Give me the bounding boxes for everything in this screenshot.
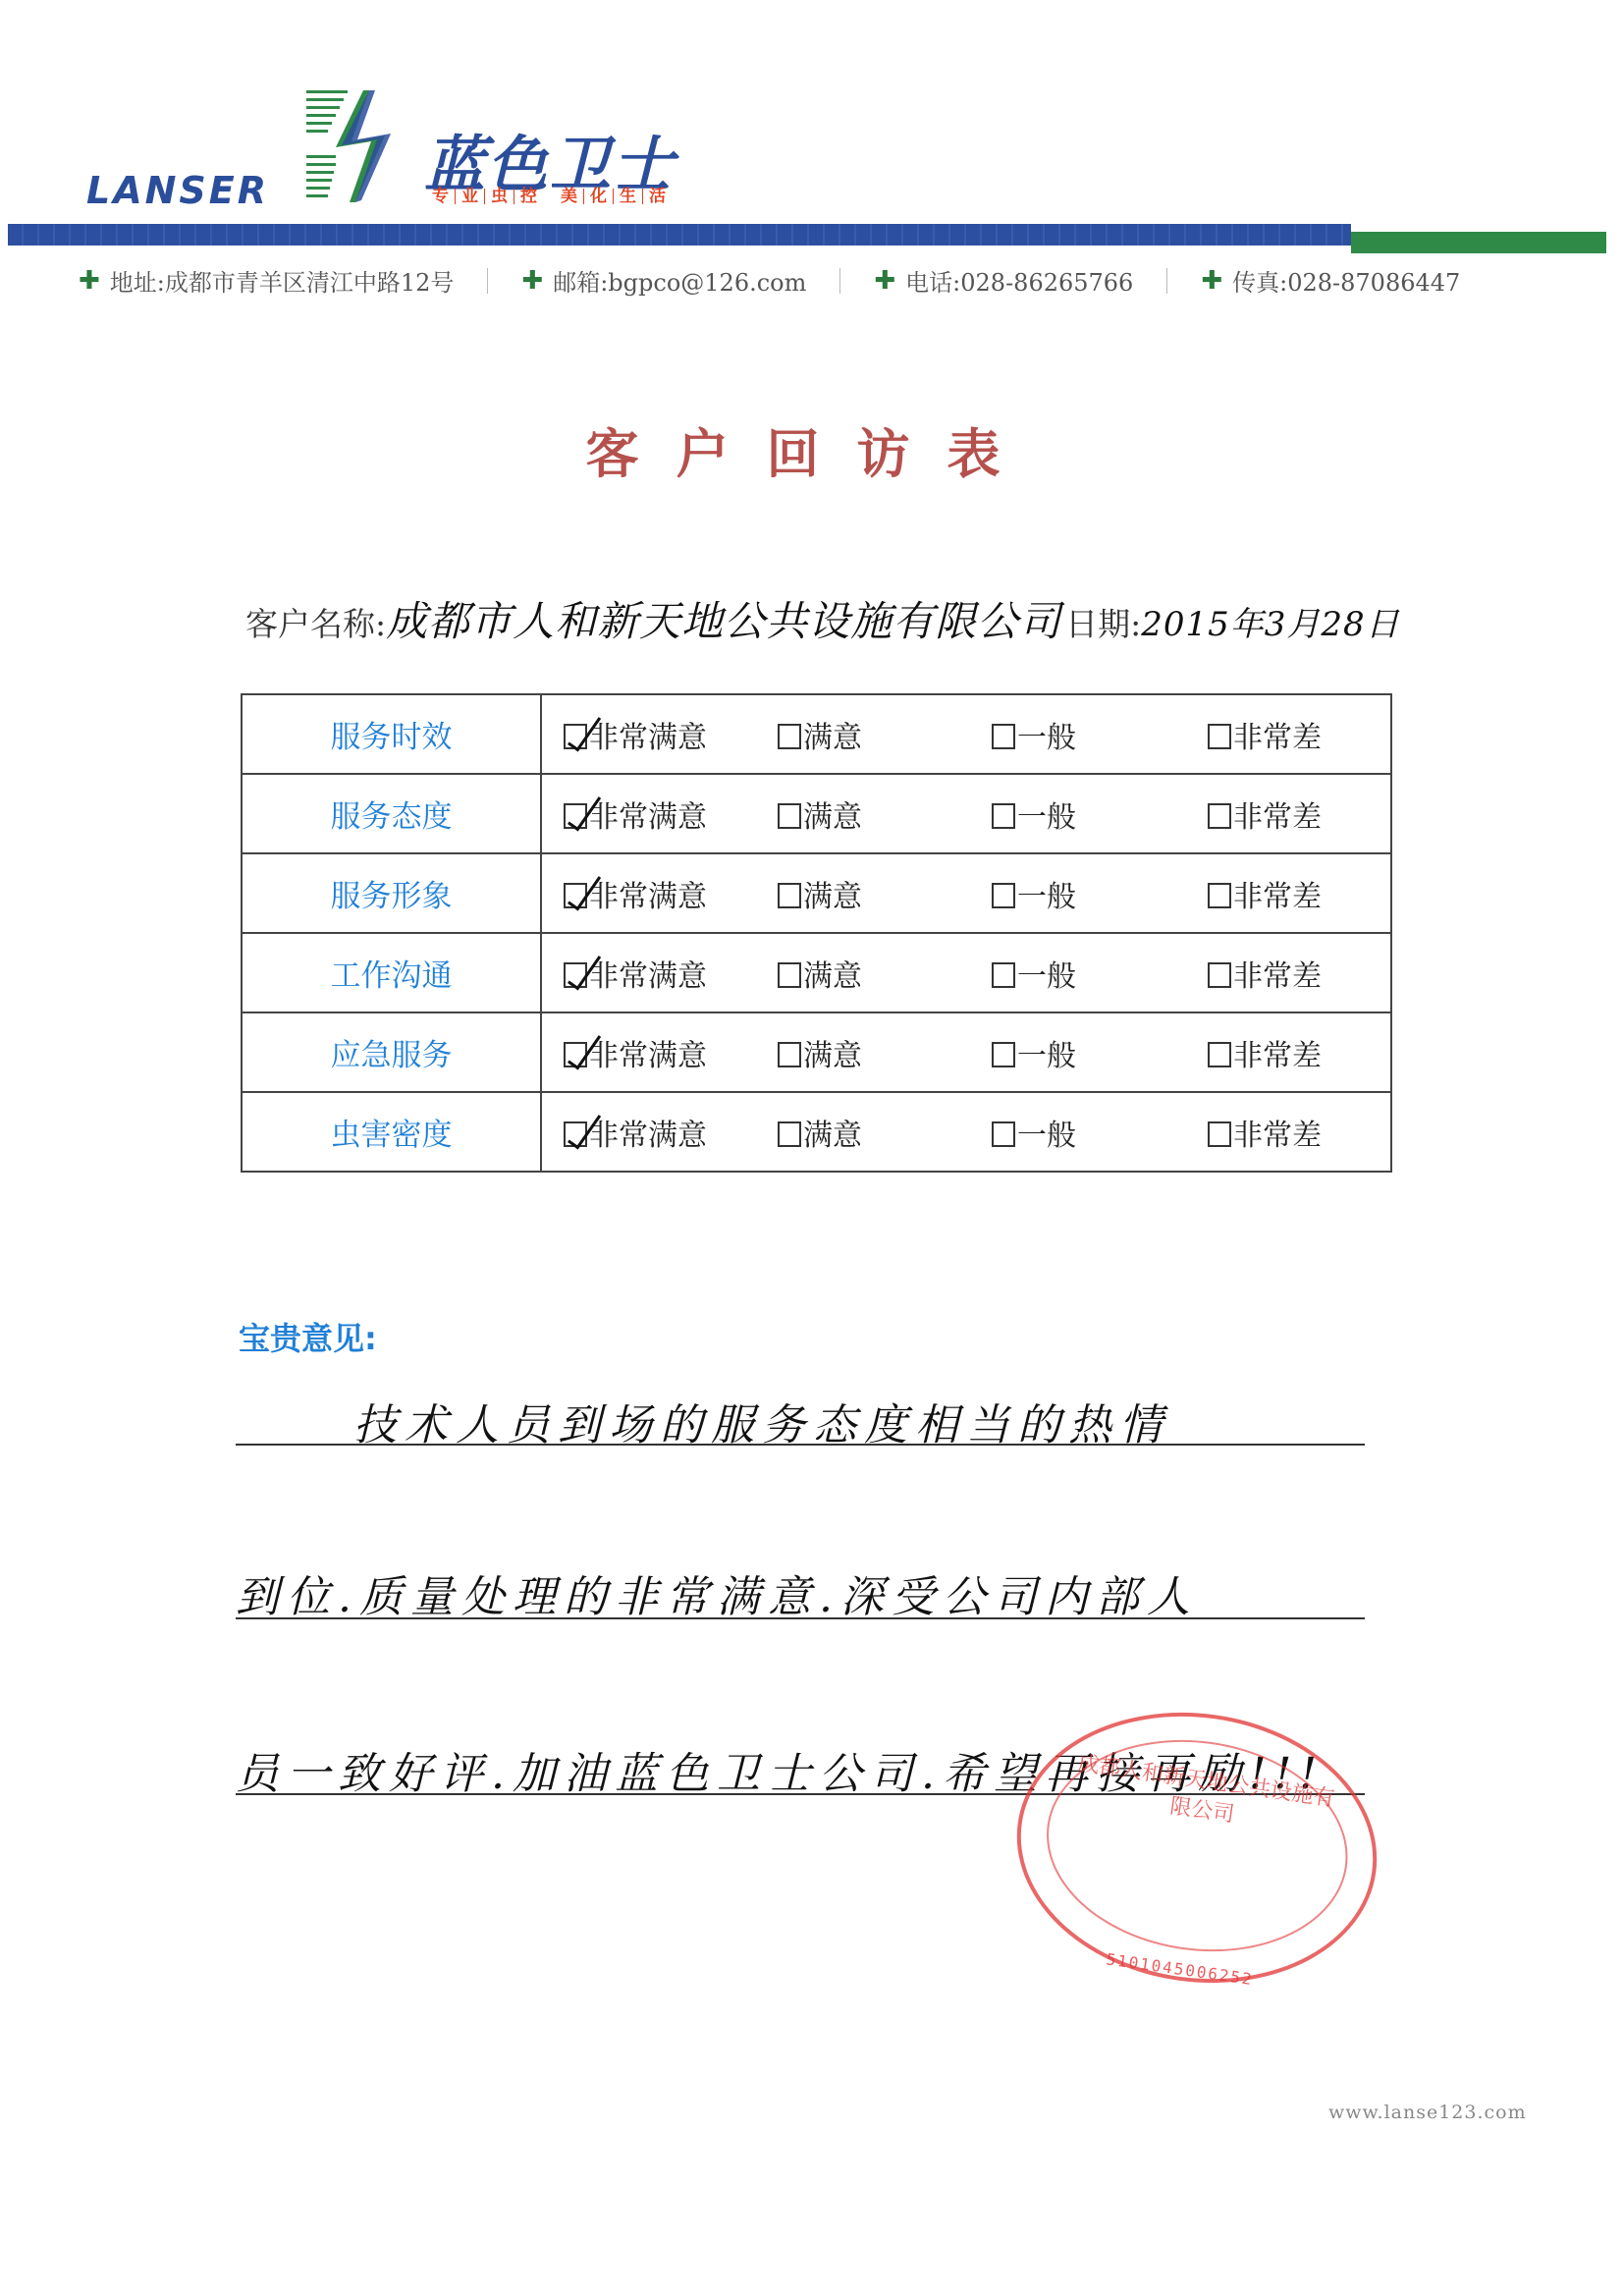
rating-option[interactable]: 满意 (778, 1031, 992, 1074)
date-field[interactable]: 2015年3月28日 (1141, 597, 1399, 645)
rating-option[interactable]: 非常差 (1208, 952, 1355, 995)
page-title: 客户回访表 (0, 412, 1623, 488)
rating-option[interactable]: 非常满意 (564, 1031, 778, 1074)
contact-address: ✚地址:成都市青羊区清江中路12号 (79, 263, 454, 298)
rating-option[interactable]: 非常差 (1208, 793, 1355, 836)
contact-fax: ✚传真:028-87086447 (1201, 263, 1460, 298)
contact-bar: ✚地址:成都市青羊区清江中路12号 ✚邮箱:bgpco@126.com ✚电话:… (79, 263, 1571, 298)
option-label: 满意 (803, 800, 862, 835)
rating-option[interactable]: 非常差 (1208, 872, 1355, 915)
rating-option[interactable]: 非常差 (1208, 1031, 1355, 1074)
footer-website: www.lanse123.com (1328, 2102, 1527, 2123)
plus-icon: ✚ (79, 266, 100, 296)
option-label: 满意 (803, 1039, 862, 1073)
checkbox-icon[interactable] (778, 803, 801, 829)
checkbox-icon[interactable] (992, 1042, 1015, 1067)
rating-row: 工作沟通非常满意满意一般非常差 (242, 933, 1391, 1012)
rating-option[interactable]: 非常满意 (564, 1111, 778, 1154)
checkbox-icon[interactable] (1208, 803, 1231, 829)
rating-options: 非常满意满意一般非常差 (541, 694, 1391, 774)
address-text: 地址:成都市青羊区清江中路12号 (110, 263, 455, 298)
rating-option[interactable]: 满意 (778, 1111, 992, 1154)
plus-icon: ✚ (521, 266, 543, 296)
slogan-char: 专 (426, 189, 456, 204)
option-label: 非常差 (1233, 1039, 1322, 1073)
phone-text: 电话:028-86265766 (905, 263, 1133, 298)
checkbox-icon[interactable] (1208, 724, 1231, 749)
rating-options: 非常满意满意一般非常差 (541, 1012, 1391, 1092)
option-label: 非常满意 (589, 800, 707, 835)
rating-option[interactable]: 非常差 (1208, 713, 1355, 756)
contact-email: ✚邮箱:bgpco@126.com (521, 263, 806, 298)
option-label: 非常差 (1233, 800, 1322, 835)
option-label: 非常满意 (589, 1119, 707, 1153)
customer-line: 客户名称: 成都市人和新天地公共设施有限公司 日期: 2015年3月28日 (245, 589, 1400, 648)
rating-row: 服务态度非常满意满意一般非常差 (242, 774, 1391, 853)
option-label: 一般 (1017, 800, 1076, 835)
rating-options: 非常满意满意一般非常差 (541, 1092, 1391, 1172)
checkbox-icon[interactable] (1208, 883, 1231, 908)
option-label: 非常满意 (589, 1039, 707, 1073)
slogan-char: 控 (514, 189, 555, 204)
checkbox-checked-icon[interactable] (564, 803, 587, 829)
option-label: 非常满意 (589, 959, 707, 994)
option-label: 满意 (803, 959, 862, 994)
rating-options: 非常满意满意一般非常差 (541, 853, 1391, 933)
option-label: 一般 (1017, 721, 1076, 755)
rating-row: 应急服务非常满意满意一般非常差 (242, 1012, 1391, 1092)
option-label: 一般 (1017, 1119, 1076, 1153)
rating-option[interactable]: 一般 (992, 793, 1206, 836)
logo-lanser-text: LANSER (86, 169, 269, 212)
option-label: 非常满意 (589, 880, 707, 914)
rating-option[interactable]: 一般 (992, 1111, 1206, 1154)
checkbox-icon[interactable] (778, 724, 801, 749)
checkbox-checked-icon[interactable] (564, 724, 587, 749)
checkbox-icon[interactable] (992, 962, 1015, 988)
comments-label: 宝贵意见: (239, 1314, 377, 1359)
rating-option[interactable]: 满意 (778, 952, 992, 995)
comment-rule (236, 1444, 1365, 1446)
stamp-number: 5101045006252 (1071, 1945, 1288, 1994)
checkbox-icon[interactable] (778, 1042, 801, 1067)
checkbox-checked-icon[interactable] (564, 962, 587, 988)
contact-phone: ✚电话:028-86265766 (874, 263, 1133, 298)
rating-option[interactable]: 非常满意 (564, 793, 778, 836)
rating-option[interactable]: 满意 (778, 793, 992, 836)
checkbox-icon[interactable] (992, 724, 1015, 749)
header-stripe-green (1351, 232, 1606, 253)
option-label: 一般 (1017, 1039, 1076, 1073)
checkbox-icon[interactable] (778, 883, 801, 908)
rating-option[interactable]: 一般 (992, 1031, 1206, 1074)
divider (487, 268, 488, 294)
option-label: 一般 (1017, 880, 1076, 914)
customer-label: 客户名称: (245, 599, 386, 645)
divider (839, 268, 840, 294)
rating-row: 虫害密度非常满意满意一般非常差 (242, 1092, 1391, 1172)
rating-table: 服务时效非常满意满意一般非常差服务态度非常满意满意一般非常差服务形象非常满意满意… (241, 693, 1392, 1173)
rating-category: 服务形象 (242, 853, 541, 933)
checkbox-icon[interactable] (1208, 1042, 1231, 1067)
rating-option[interactable]: 一般 (992, 952, 1206, 995)
option-label: 满意 (803, 1119, 862, 1153)
slogan-char: 业 (456, 189, 485, 204)
rating-category: 虫害密度 (242, 1092, 541, 1172)
rating-options: 非常满意满意一般非常差 (541, 933, 1391, 1012)
comment-line-2[interactable]: 到位.质量处理的非常满意.深受公司内部人 (236, 1561, 1375, 1624)
checkbox-checked-icon[interactable] (564, 883, 587, 908)
option-label: 非常差 (1233, 959, 1322, 994)
option-label: 非常满意 (589, 721, 707, 755)
rating-options: 非常满意满意一般非常差 (541, 774, 1391, 853)
comment-rule (236, 1617, 1365, 1619)
slogan: 专业虫控美化生活 (426, 187, 672, 206)
checkbox-icon[interactable] (992, 803, 1015, 829)
rating-option[interactable]: 满意 (778, 872, 992, 915)
slogan-char: 化 (584, 189, 614, 204)
rating-option[interactable]: 非常满意 (564, 872, 778, 915)
header-stripe-blue (8, 224, 1351, 246)
option-label: 满意 (803, 880, 862, 914)
option-label: 非常差 (1233, 721, 1322, 755)
option-label: 非常差 (1233, 880, 1322, 914)
date-label: 日期: (1065, 599, 1141, 645)
rating-option[interactable]: 一般 (992, 872, 1206, 915)
slogan-char: 美 (555, 189, 584, 204)
rating-option[interactable]: 满意 (778, 713, 992, 756)
checkbox-icon[interactable] (1208, 962, 1231, 988)
checkbox-icon[interactable] (992, 1121, 1015, 1147)
rating-option[interactable]: 一般 (992, 713, 1206, 756)
rating-option[interactable]: 非常满意 (564, 713, 778, 756)
fax-text: 传真:028-87086447 (1232, 263, 1460, 298)
rating-row: 服务形象非常满意满意一般非常差 (242, 853, 1391, 933)
rating-category: 工作沟通 (242, 933, 541, 1012)
rating-option[interactable]: 非常差 (1208, 1111, 1355, 1154)
checkbox-icon[interactable] (778, 962, 801, 988)
rating-option[interactable]: 非常满意 (564, 952, 778, 995)
slogan-char: 虫 (485, 189, 514, 204)
company-seal-stamp: 成都人和新天地公共设施有限公司 5101045006252 (1000, 1690, 1394, 2006)
slogan-char: 生 (614, 189, 643, 204)
lightning-logo-icon (306, 86, 405, 204)
checkbox-icon[interactable] (1208, 1121, 1231, 1147)
plus-icon: ✚ (1201, 266, 1222, 296)
rating-category: 服务时效 (242, 694, 541, 774)
email-text: 邮箱:bgpco@126.com (553, 263, 806, 298)
rating-row: 服务时效非常满意满意一般非常差 (242, 694, 1391, 774)
checkbox-checked-icon[interactable] (564, 1121, 587, 1147)
rating-category: 应急服务 (242, 1012, 541, 1092)
plus-icon: ✚ (874, 266, 895, 296)
customer-name-field[interactable]: 成都市人和新天地公共设施有限公司 (386, 589, 1061, 648)
checkbox-icon[interactable] (778, 1121, 801, 1147)
checkbox-checked-icon[interactable] (564, 1042, 587, 1067)
option-label: 非常差 (1233, 1119, 1322, 1153)
option-label: 满意 (803, 721, 862, 755)
slogan-char: 活 (643, 189, 672, 204)
option-label: 一般 (1017, 959, 1076, 994)
divider (1166, 268, 1167, 294)
checkbox-icon[interactable] (992, 883, 1015, 908)
rating-category: 服务态度 (242, 774, 541, 853)
